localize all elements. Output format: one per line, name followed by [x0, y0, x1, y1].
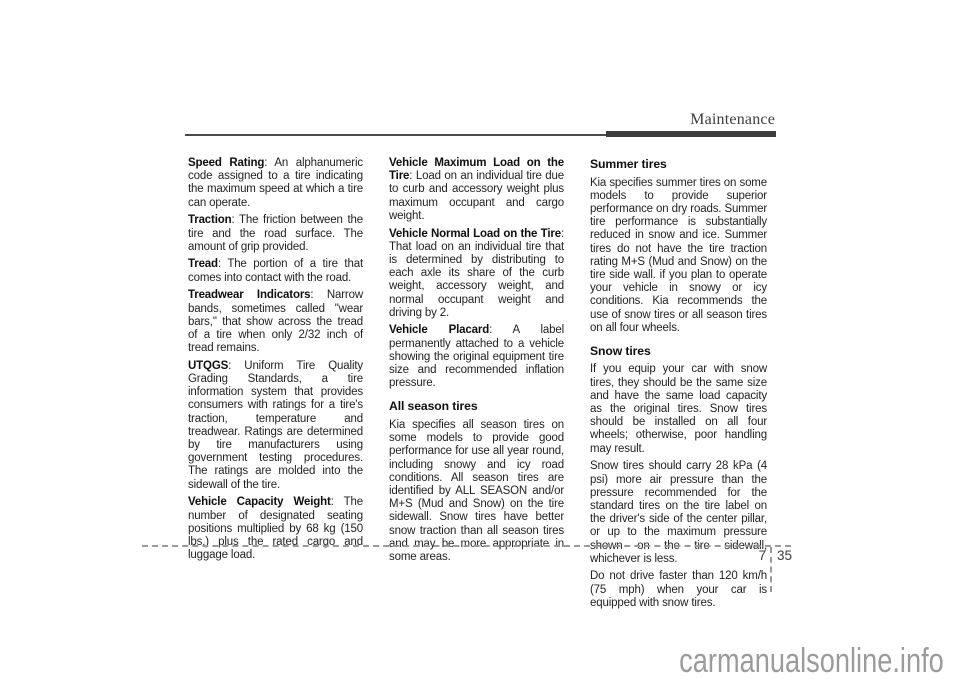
body-paragraph: Do not drive faster than 120 km/h (75 mp… [590, 570, 767, 610]
chapter-number: 7 [744, 548, 766, 563]
body-paragraph: If you equip your car with snow tires, t… [590, 363, 767, 455]
watermark: carmanualsonline.info [679, 644, 944, 678]
definition-paragraph: Vehicle Placard: A label permanently att… [389, 324, 564, 390]
definition-term: Vehicle Capacity Weight [188, 496, 331, 508]
section-heading: All season tires [389, 400, 564, 414]
section-heading: Snow tires [590, 345, 767, 359]
definition-paragraph: UTQGS: Uniform Tire Quality Grading Stan… [188, 360, 363, 492]
footer-dashed-line [142, 545, 791, 547]
definition-term: Vehicle Normal Load on the Tire [389, 228, 561, 240]
body-paragraph: Kia specifies summer tires on some model… [590, 177, 767, 335]
body-paragraph: Kia specifies all season tires on some m… [389, 419, 564, 564]
definition-paragraph: Vehicle Normal Load on the Tire: That lo… [389, 228, 564, 320]
header-rule-thick [606, 131, 776, 137]
footer-dashed-divider [770, 547, 772, 592]
body-paragraph: Snow tires should carry 28 kPa (4 psi) m… [590, 460, 767, 566]
definition-paragraph: Vehicle Capacity Weight: The number of d… [188, 496, 363, 562]
definition-paragraph: Speed Rating: An alphanumeric code assig… [188, 157, 363, 210]
definition-term: UTQGS [188, 360, 228, 372]
page-number: 35 [777, 548, 792, 563]
definition-term: Speed Rating [188, 157, 264, 169]
definition-paragraph: Tread: The portion of a tire that comes … [188, 258, 363, 284]
definition-term: Traction [188, 214, 232, 226]
definition-term: Treadwear Indicators [188, 289, 310, 301]
definition-term: Vehicle Maximum Load on the Tire [389, 157, 564, 182]
definition-paragraph: Vehicle Maximum Load on the Tire: Load o… [389, 157, 564, 223]
definition-paragraph: Traction: The friction between the tire … [188, 214, 363, 254]
text-column-left: Speed Rating: An alphanumeric code assig… [188, 157, 363, 567]
header-rule-thin [185, 134, 606, 136]
section-heading: Summer tires [590, 158, 767, 172]
manual-page: Maintenance Speed Rating: An alphanumeri… [0, 0, 960, 679]
section-title: Maintenance [690, 111, 775, 129]
definition-term: Vehicle Placard [389, 324, 489, 336]
definition-paragraph: Treadwear Indicators: Narrow bands, some… [188, 289, 363, 355]
definition-term: Tread [188, 258, 218, 270]
text-column-middle: Vehicle Maximum Load on the Tire: Load o… [389, 157, 564, 569]
